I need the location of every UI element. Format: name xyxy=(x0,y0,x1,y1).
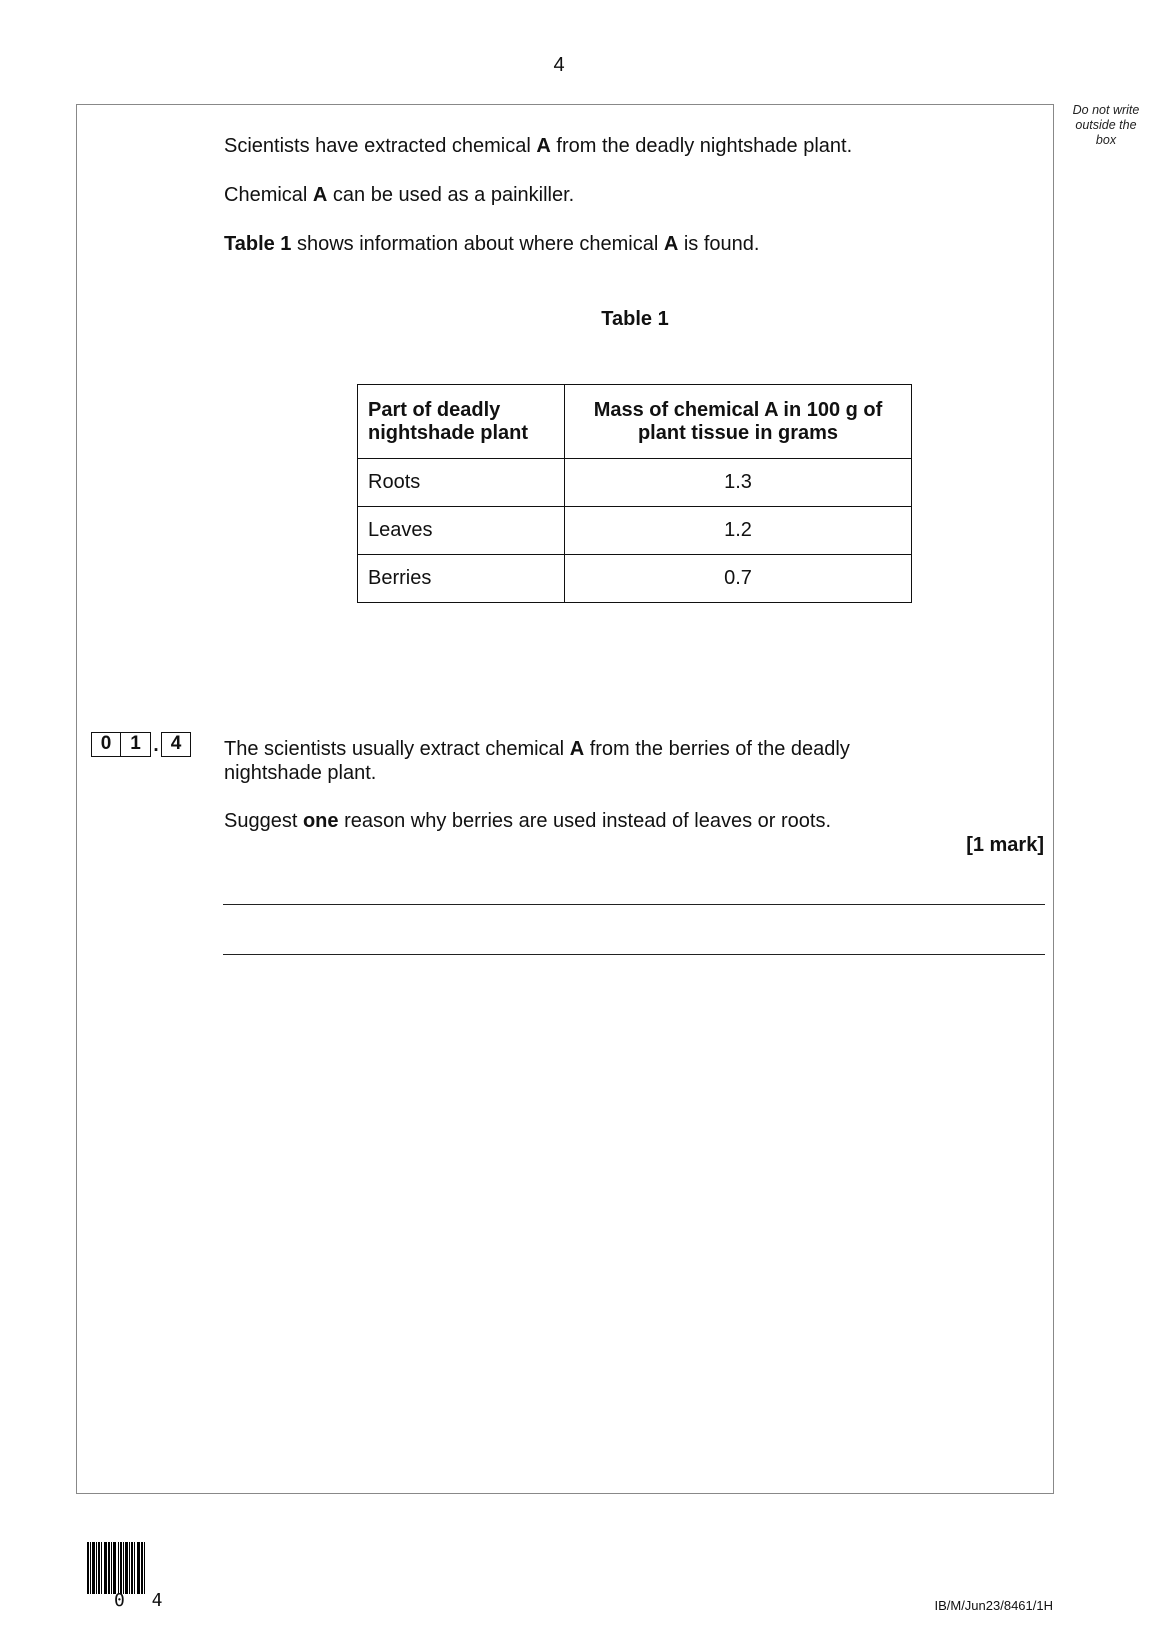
barcode xyxy=(87,1542,193,1594)
intro-line-2: Chemical A can be used as a painkiller. xyxy=(224,183,1044,207)
table-header-row: Part of deadly nightshade plant Mass of … xyxy=(358,385,912,459)
question-prompt: Suggest one reason why berries are used … xyxy=(224,809,1044,833)
question-digit: 0 xyxy=(91,732,121,757)
barcode-label: 0 4 xyxy=(114,1590,171,1611)
question-digit: 1 xyxy=(121,732,151,757)
table-cell-mass: 0.7 xyxy=(565,555,912,603)
table-row: Roots 1.3 xyxy=(358,459,912,507)
marks-label: [1 mark] xyxy=(900,834,1044,857)
table-row: Leaves 1.2 xyxy=(358,507,912,555)
question-text: The scientists usually extract chemical … xyxy=(224,737,914,785)
footer-code: IB/M/Jun23/8461/1H xyxy=(900,1598,1053,1613)
intro-line-1: Scientists have extracted chemical A fro… xyxy=(224,134,1044,158)
page-number: 4 xyxy=(0,54,1118,77)
margin-note: Do not write outside the box xyxy=(1064,103,1148,148)
answer-line[interactable] xyxy=(223,904,1045,905)
question-separator: . xyxy=(151,735,161,757)
data-table: Part of deadly nightshade plant Mass of … xyxy=(357,384,912,603)
table-cell-part: Roots xyxy=(358,459,565,507)
question-number: 0 1 . 4 xyxy=(91,732,191,757)
table-cell-mass: 1.2 xyxy=(565,507,912,555)
question-digit: 4 xyxy=(161,732,191,757)
table-cell-mass: 1.3 xyxy=(565,459,912,507)
table-cell-part: Berries xyxy=(358,555,565,603)
answer-line[interactable] xyxy=(223,954,1045,955)
table-header: Part of deadly nightshade plant xyxy=(358,385,565,459)
intro-line-3: Table 1 shows information about where ch… xyxy=(224,232,1044,256)
table-header: Mass of chemical A in 100 g of plant tis… xyxy=(565,385,912,459)
table-row: Berries 0.7 xyxy=(358,555,912,603)
table-cell-part: Leaves xyxy=(358,507,565,555)
table-title: Table 1 xyxy=(560,308,710,331)
